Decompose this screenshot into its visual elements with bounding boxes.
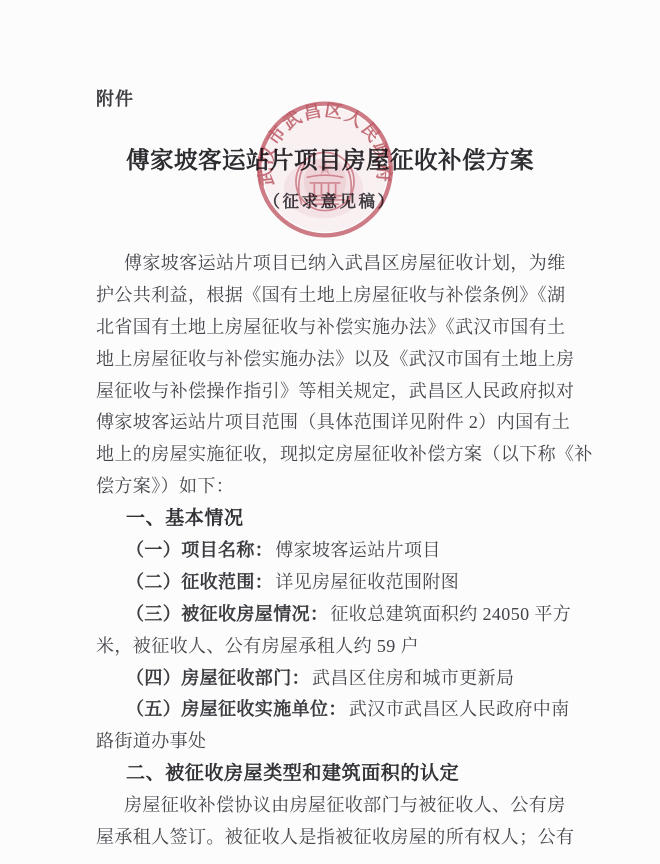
paragraph-line: 房屋征收补偿协议由房屋征收部门与被征收人、公有房 <box>96 790 538 822</box>
list-item-value: 傅家坡客运站片项目 <box>275 540 441 560</box>
list-item-label: （五）房屋征收实施单位： <box>126 699 347 719</box>
paragraph-line: 屋征收与补偿操作指引》等相关规定，武昌区人民政府拟对 <box>96 376 538 408</box>
page-subtitle: （征求意见稿） <box>0 188 660 212</box>
list-item-expropriation-department: （四）房屋征收部门：武昌区住房和城市更新局 <box>96 663 538 695</box>
list-item-value: 详见房屋征收范围附图 <box>275 572 459 592</box>
attachment-label: 附件 <box>96 85 134 111</box>
list-item-implementing-unit: （五）房屋征收实施单位：武汉市武昌区人民政府中南 <box>96 694 538 726</box>
paragraph-line: 屋承租人签订。被征收人是指被征收房屋的所有权人；公有 <box>96 822 538 854</box>
paragraph-line: 偿方案》）如下： <box>96 471 538 503</box>
paragraph-line: 傅家坡客运站片项目范围（具体范围详见附件 2）内国有土 <box>96 407 538 439</box>
page-title: 傅家坡客运站片项目房屋征收补偿方案 <box>0 141 660 175</box>
section-heading-housing-type: 二、被征收房屋类型和建筑面积的认定 <box>96 758 538 790</box>
paragraph-line: 北省国有土地上房屋征收与补偿实施办法》《武汉市国有土 <box>96 312 538 344</box>
list-item-value: 武汉市武昌区人民政府中南 <box>349 699 570 719</box>
paragraph-line: 护公共利益，根据《国有土地上房屋征收与补偿条例》《湖 <box>96 280 538 312</box>
list-item-project-name: （一）项目名称：傅家坡客运站片项目 <box>96 535 538 567</box>
section-heading-basic-info: 一、基本情况 <box>96 503 538 535</box>
paragraph-line: 傅家坡客运站片项目已纳入武昌区房屋征收计划，为维 <box>96 248 538 280</box>
list-item-label: （四）房屋征收部门： <box>126 668 310 688</box>
paragraph-line: 地上的房屋实施征收，现拟定房屋征收补偿方案（以下称《补 <box>96 439 538 471</box>
document-page: 附件 傅家坡客运站片项目房屋征收补偿方案 （征求意见稿） 武汉市武昌区人民政府 … <box>0 0 660 864</box>
list-item-value: 征收总建筑面积约 24050 平方 <box>330 604 571 624</box>
paragraph-line: 路街道办事处 <box>96 726 538 758</box>
list-item-housing-situation: （三）被征收房屋情况：征收总建筑面积约 24050 平方 <box>96 599 538 631</box>
list-item-label: （一）项目名称： <box>126 540 273 560</box>
list-item-label: （二）征收范围： <box>126 572 273 592</box>
document-body: 傅家坡客运站片项目已纳入武昌区房屋征收计划，为维 护公共利益，根据《国有土地上房… <box>96 248 538 854</box>
list-item-expropriation-scope: （二）征收范围：详见房屋征收范围附图 <box>96 567 538 599</box>
paragraph-line: 米，被征收人、公有房屋承租人约 59 户 <box>96 631 538 663</box>
list-item-label: （三）被征收房屋情况： <box>126 604 328 624</box>
list-item-value: 武昌区住房和城市更新局 <box>312 668 514 688</box>
paragraph-line: 地上房屋征收与补偿实施办法》以及《武汉市国有土地上房 <box>96 344 538 376</box>
